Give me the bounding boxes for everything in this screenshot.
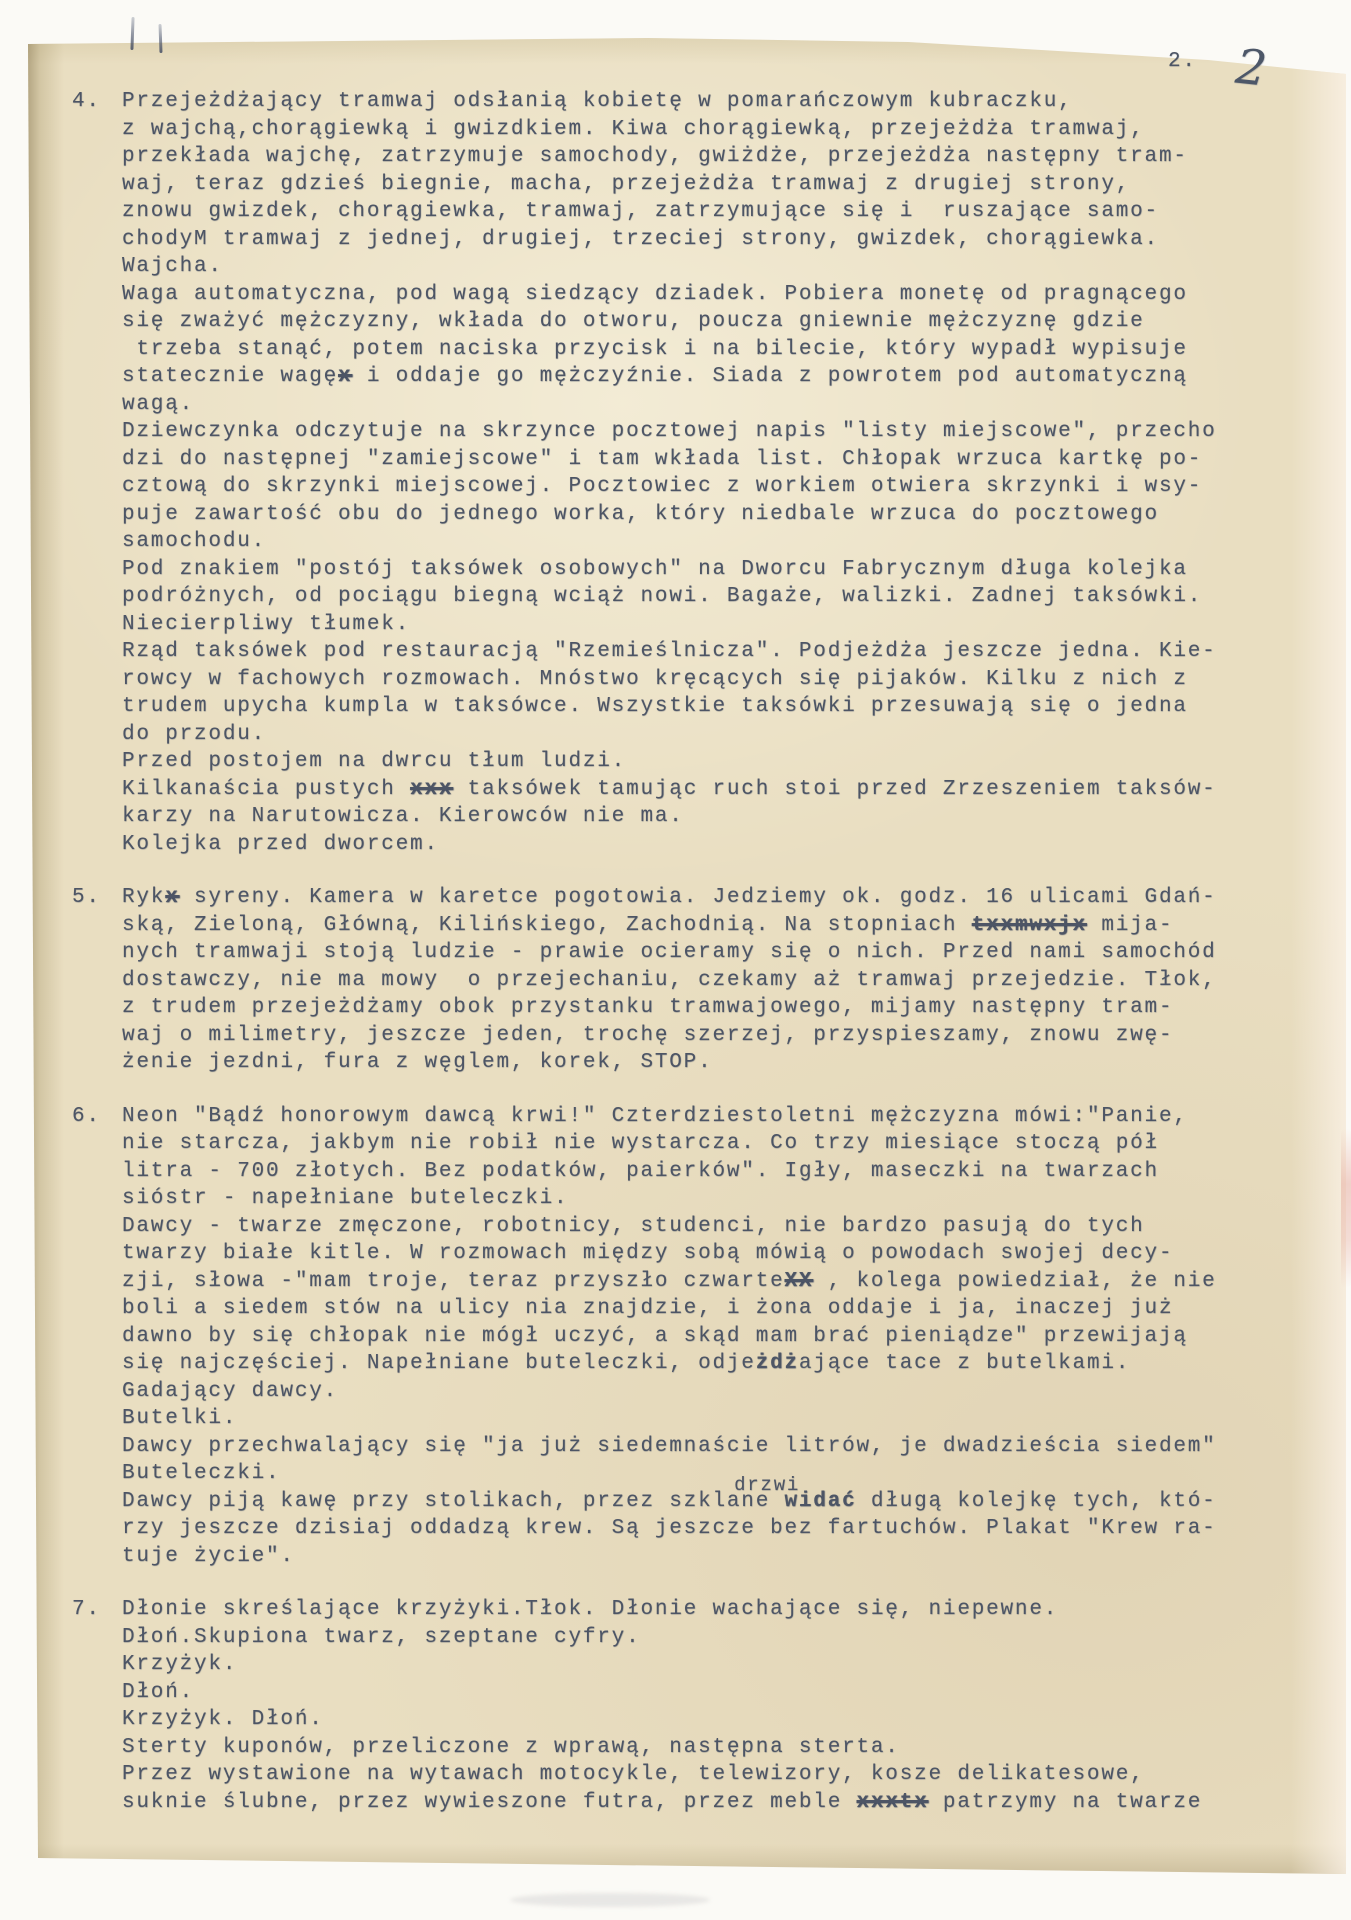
typed-line: puje zawartość obu do jednego worka, któ…	[122, 501, 1217, 529]
typed-text: Przed postojem na dwrcu tłum ludzi.	[122, 750, 626, 773]
typed-text: waj o milimetry, jeszcze jeden, trochę s…	[122, 1024, 1173, 1047]
script-item: 7.Dłonie skreślające krzyżyki.Tłok. Dłon…	[72, 1596, 1217, 1816]
typed-line: twarzy białe kitle. W rozmowach między s…	[122, 1240, 1217, 1268]
typed-text: mija-	[1087, 914, 1173, 937]
typed-text: puje zawartość obu do jednego worka, któ…	[122, 503, 1159, 526]
typed-text: syreny. Kamera w karetce pogotowia. Jedz…	[180, 886, 1217, 909]
typed-line: się najczęściej. Napełniane buteleczki, …	[122, 1350, 1217, 1378]
typed-line: rzy jeszcze dzisiaj oddadzą krew. Są jes…	[122, 1515, 1217, 1543]
typed-line: Przejeżdżający tramwaj odsłanią kobietę …	[122, 88, 1217, 116]
typed-line: dawno by się chłopak nie mógł uczyć, a s…	[122, 1323, 1217, 1351]
typed-line: Krzyżyk.	[122, 1651, 1202, 1679]
typed-text: trzeba stanąć, potem naciska przycisk i …	[122, 338, 1188, 361]
item-number: 7.	[72, 1596, 122, 1624]
typed-text: nie starcza, jakbym nie robił nie wystar…	[122, 1132, 1159, 1155]
typed-text: Dłoń.Skupiona twarz, szeptane cyfry.	[122, 1626, 640, 1649]
typed-text: statecznie wagę	[122, 365, 338, 388]
typed-text: waj, teraz gdzieś biegnie, macha, przeje…	[122, 173, 1130, 196]
typed-line: Wajcha.	[122, 253, 1217, 281]
typed-text: Niecierpliwy tłumek.	[122, 613, 410, 636]
typed-line: Butelki.	[122, 1405, 1217, 1433]
typed-line: Buteleczki.	[122, 1460, 1217, 1488]
typed-text: Ryk	[122, 886, 165, 909]
typed-line: żenie jezdni, fura z węglem, korek, STOP…	[122, 1049, 1217, 1077]
typed-text: sióstr - napełniane buteleczki.	[122, 1187, 568, 1210]
item-body: Dłonie skreślające krzyżyki.Tłok. Dłonie…	[122, 1596, 1202, 1816]
typed-line: dostawczy, nie ma mowy o przejechaniu, c…	[122, 967, 1217, 995]
typed-text: się zważyć mężczyzny, wkłada do otworu, …	[122, 310, 1145, 333]
typed-text: boli a siedem stów na ulicy nia znajdzie…	[122, 1297, 1173, 1320]
typed-overstrike: żdż	[756, 1352, 799, 1375]
typed-strikethrough: xxxtx	[857, 1791, 929, 1814]
typed-text: Waga automatyczna, pod wagą siedzący dzi…	[122, 283, 1188, 306]
typed-text: Kilkanaścia pustych	[122, 778, 410, 801]
typed-text: Neon "Bądź honorowym dawcą krwi!" Czterd…	[122, 1105, 1188, 1128]
typed-line: trudem upycha kumpla w taksówce. Wszystk…	[122, 693, 1217, 721]
typed-line: chodyM tramwaj z jednej, drugiej, trzeci…	[122, 226, 1217, 254]
typed-text: Dawcy piją kawę przy stolikach, przez sz…	[122, 1490, 770, 1513]
typed-line: karzy na Narutowicza. Kierowców nie ma.	[122, 803, 1217, 831]
typed-line: Dłoń.Skupiona twarz, szeptane cyfry.	[122, 1624, 1202, 1652]
typed-strikethrough: XX	[785, 1270, 814, 1293]
typed-text: Dłoń.	[122, 1681, 194, 1704]
typed-text: dawno by się chłopak nie mógł uczyć, a s…	[122, 1325, 1188, 1348]
page-number-handwritten: 2	[1233, 39, 1269, 98]
typed-line: Dłonie skreślające krzyżyki.Tłok. Dłonie…	[122, 1596, 1202, 1624]
typed-text: rowcy w fachowych rozmowach. Mnóstwo krę…	[122, 668, 1188, 691]
typed-line: Kolejka przed dworcem.	[122, 831, 1217, 859]
typed-text: Przejeżdżający tramwaj odsłanią kobietę …	[122, 90, 1073, 113]
typed-text: nych tramwaji stoją ludzie - prawie ocie…	[122, 941, 1217, 964]
typed-text: Dziewczynka odczytuje na skrzynce poczto…	[122, 420, 1217, 443]
typed-text: z trudem przejeżdżamy obok przystanku tr…	[122, 996, 1173, 1019]
script-item: 6.Neon "Bądź honorowym dawcą krwi!" Czte…	[72, 1103, 1217, 1571]
typed-text: przekłada wajchę, zatrzymuje samochody, …	[122, 145, 1188, 168]
typed-line: Niecierpliwy tłumek.	[122, 611, 1217, 639]
typed-text: ską, Zieloną, Główną, Kilińskiego, Zacho…	[122, 914, 972, 937]
typed-text: , kolega powiedział, że nie	[813, 1270, 1216, 1293]
typed-text: Rząd taksówek pod restauracją "Rzemieśln…	[122, 640, 1217, 663]
typed-text: trudem upycha kumpla w taksówce. Wszystk…	[122, 695, 1188, 718]
typed-strikethrough: xxx	[410, 778, 453, 801]
typed-line: dzi do następnej "zamiejscowe" i tam wkł…	[122, 446, 1217, 474]
typed-text: do przodu.	[122, 723, 266, 746]
typed-text: litra - 700 złotych. Bez podatków, paier…	[122, 1160, 1159, 1183]
typed-line: Dłoń.	[122, 1679, 1202, 1707]
typed-text: Krzyżyk.	[122, 1653, 237, 1676]
typed-text: cztową do skrzynki miejscowej. Pocztowie…	[122, 475, 1202, 498]
typed-line: Przed postojem na dwrcu tłum ludzi.	[122, 748, 1217, 776]
typed-line: Dawcy piją kawę przy stolikach, przez sz…	[122, 1488, 1217, 1516]
typed-text: się najczęściej. Napełniane buteleczki, …	[122, 1352, 756, 1375]
typed-line: Waga automatyczna, pod wagą siedzący dzi…	[122, 281, 1217, 309]
typed-text: suknie ślubne, przez wywieszone futra, p…	[122, 1791, 857, 1814]
typed-text: Krzyżyk. Dłoń.	[122, 1708, 324, 1731]
typed-text: Pod znakiem "postój taksówek osobowych" …	[122, 558, 1188, 581]
typed-line: trzeba stanąć, potem naciska przycisk i …	[122, 336, 1217, 364]
item-body: Przejeżdżający tramwaj odsłanią kobietę …	[122, 88, 1217, 858]
typed-line: Neon "Bądź honorowym dawcą krwi!" Czterd…	[122, 1103, 1217, 1131]
scan-artifact	[510, 1893, 710, 1907]
typed-line: Gadający dawcy.	[122, 1378, 1217, 1406]
typed-text: Kolejka przed dworcem.	[122, 833, 439, 856]
script-item: 5.Rykx syreny. Kamera w karetce pogotowi…	[72, 884, 1217, 1077]
script-item: 4.Przejeżdżający tramwaj odsłanią kobiet…	[72, 88, 1217, 858]
scanned-page: 4.Przejeżdżający tramwaj odsłanią kobiet…	[28, 34, 1346, 1882]
typed-text: samochodu.	[122, 530, 266, 553]
typed-line: waj, teraz gdzieś biegnie, macha, przeje…	[122, 171, 1217, 199]
typed-text: podróżnych, od pociągu biegną wciąż nowi…	[122, 585, 1202, 608]
typed-strikethrough: txxmwxjx	[972, 914, 1087, 937]
typed-text: tuje życie".	[122, 1545, 295, 1568]
typed-text: taksówek tamując ruch stoi przed Zrzesze…	[453, 778, 1216, 801]
typed-text: zji, słowa -"mam troje, teraz przyszło c…	[122, 1270, 785, 1293]
typed-text: Wajcha.	[122, 255, 223, 278]
typed-line: rowcy w fachowych rozmowach. Mnóstwo krę…	[122, 666, 1217, 694]
typed-text: żenie jezdni, fura z węglem, korek, STOP…	[122, 1051, 712, 1074]
typed-text: długą kolejkę tych, któ-	[857, 1490, 1217, 1513]
typed-line: przekłada wajchę, zatrzymuje samochody, …	[122, 143, 1217, 171]
typed-text: i oddaje go mężczyźnie. Siada z powrotem…	[352, 365, 1187, 388]
typed-line: Sterty kuponów, przeliczone z wprawą, na…	[122, 1734, 1202, 1762]
typed-line: tuje życie".	[122, 1543, 1217, 1571]
typed-text: Dawcy - twarze zmęczone, robotnicy, stud…	[122, 1215, 1145, 1238]
typed-text: Gadający dawcy.	[122, 1380, 338, 1403]
script-items: 4.Przejeżdżający tramwaj odsłanią kobiet…	[72, 88, 1217, 1816]
typed-line: z wajchą,chorągiewką i gwizdkiem. Kiwa c…	[122, 116, 1217, 144]
typed-line: z trudem przejeżdżamy obok przystanku tr…	[122, 994, 1217, 1022]
pen-mark	[158, 24, 162, 53]
typed-text: Przez wystawione na wytawach motocykle, …	[122, 1763, 1145, 1786]
item-number: 6.	[72, 1103, 122, 1131]
typed-strikethrough: x	[165, 886, 179, 909]
typed-line: Dziewczynka odczytuje na skrzynce poczto…	[122, 418, 1217, 446]
typed-line: zji, słowa -"mam troje, teraz przyszło c…	[122, 1268, 1217, 1296]
typed-text: dostawczy, nie ma mowy o przejechaniu, c…	[122, 969, 1217, 992]
typed-text: Buteleczki.	[122, 1462, 280, 1485]
typed-line: Rząd taksówek pod restauracją "Rzemieśln…	[122, 638, 1217, 666]
typed-line: Rykx syreny. Kamera w karetce pogotowia.…	[122, 884, 1217, 912]
typed-text: znowu gwizdek, chorągiewka, tramwaj, zat…	[122, 200, 1159, 223]
typed-strikethrough: x	[338, 365, 352, 388]
item-number: 4.	[72, 88, 122, 116]
typed-line: Dawcy przechwalający się "ja już siedemn…	[122, 1433, 1217, 1461]
typed-text: dzi do następnej "zamiejscowe" i tam wkł…	[122, 448, 1202, 471]
typed-text: chodyM tramwaj z jednej, drugiej, trzeci…	[122, 228, 1159, 251]
typed-text: twarzy białe kitle. W rozmowach między s…	[122, 1242, 1173, 1265]
typed-text: wagą.	[122, 393, 194, 416]
typed-line: statecznie wagęx i oddaje go mężczyźnie.…	[122, 363, 1217, 391]
typed-line: do przodu.	[122, 721, 1217, 749]
item-body: Neon "Bądź honorowym dawcą krwi!" Czterd…	[122, 1103, 1217, 1571]
typed-line: waj o milimetry, jeszcze jeden, trochę s…	[122, 1022, 1217, 1050]
typed-line: samochodu.	[122, 528, 1217, 556]
typed-line: boli a siedem stów na ulicy nia znajdzie…	[122, 1295, 1217, 1323]
typed-text: ające tace z butelkami.	[799, 1352, 1130, 1375]
typed-line: Dawcy - twarze zmęczone, robotnicy, stud…	[122, 1213, 1217, 1241]
typed-text: z wajchą,chorągiewką i gwizdkiem. Kiwa c…	[122, 118, 1145, 141]
typed-line: Kilkanaścia pustych xxx taksówek tamując…	[122, 776, 1217, 804]
typed-text: karzy na Narutowicza. Kierowców nie ma.	[122, 805, 684, 828]
typed-line: Krzyżyk. Dłoń.	[122, 1706, 1202, 1734]
typed-text: patrzymy na twarze	[929, 1791, 1203, 1814]
typed-line: wagą.	[122, 391, 1217, 419]
typed-text: rzy jeszcze dzisiaj oddadzą krew. Są jes…	[122, 1517, 1217, 1540]
typed-line: ską, Zieloną, Główną, Kilińskiego, Zacho…	[122, 912, 1217, 940]
typed-line: się zważyć mężczyzny, wkłada do otworu, …	[122, 308, 1217, 336]
item-body: Rykx syreny. Kamera w karetce pogotowia.…	[122, 884, 1217, 1077]
typed-line: nie starcza, jakbym nie robił nie wystar…	[122, 1130, 1217, 1158]
page-number-typed: 2.	[1168, 50, 1197, 73]
typed-line: suknie ślubne, przez wywieszone futra, p…	[122, 1789, 1202, 1817]
typed-line: cztową do skrzynki miejscowej. Pocztowie…	[122, 473, 1217, 501]
typed-line: litra - 700 złotych. Bez podatków, paier…	[122, 1158, 1217, 1186]
typed-line: podróżnych, od pociągu biegną wciąż nowi…	[122, 583, 1217, 611]
typed-line: nych tramwaji stoją ludzie - prawie ocie…	[122, 939, 1217, 967]
scan-artifact	[1341, 1128, 1351, 1288]
item-number: 5.	[72, 884, 122, 912]
typed-text: Butelki.	[122, 1407, 237, 1430]
typed-line: Pod znakiem "postój taksówek osobowych" …	[122, 556, 1217, 584]
typed-text: Sterty kuponów, przeliczone z wprawą, na…	[122, 1736, 900, 1759]
typed-text: Dawcy przechwalający się "ja już siedemn…	[122, 1435, 1217, 1458]
typed-line: Przez wystawione na wytawach motocykle, …	[122, 1761, 1202, 1789]
typed-line: sióstr - napełniane buteleczki.	[122, 1185, 1217, 1213]
typed-line: znowu gwizdek, chorągiewka, tramwaj, zat…	[122, 198, 1217, 226]
typed-text: Dłonie skreślające krzyżyki.Tłok. Dłonie…	[122, 1598, 1058, 1621]
